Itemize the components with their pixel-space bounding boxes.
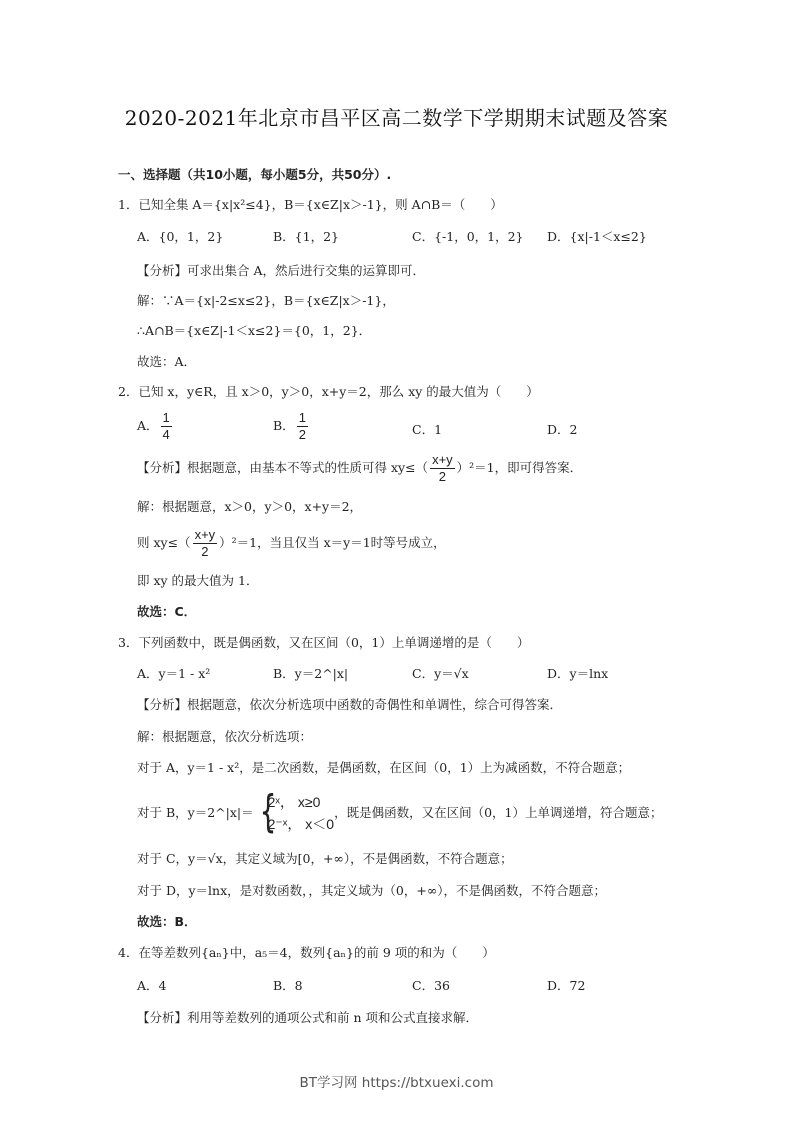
q1-answer: 故选：A． xyxy=(137,353,196,371)
fraction-one-quarter: 14 xyxy=(161,410,172,443)
question-4-stem: 4．在等差数列{aₙ}中，a₅＝4，数列{aₙ}的前 9 项的和为（ ） xyxy=(118,944,495,962)
q1-option-b: B．{1，2} xyxy=(273,228,339,246)
q2-option-c: C．1 xyxy=(412,421,442,439)
fraction-x-plus-y-over-2: x+y2 xyxy=(193,527,218,560)
q3-solution-d: 对于 D，y＝lnx，是对数函数，，其定义域为（0，+∞），不是偶函数，不符合题… xyxy=(137,882,606,900)
q1-analysis: 【分析】可求出集合 A，然后进行交集的运算即可． xyxy=(137,262,425,280)
q3-solution-intro: 解：根据题意，依次分析选项： xyxy=(137,728,312,746)
piecewise-function: { 2ˣ， x≥0 2⁻ˣ， x＜0 xyxy=(254,791,334,835)
q2-solution-line-1: 解：根据题意，x＞0，y＞0，x+y＝2， xyxy=(137,498,362,516)
q2-analysis: 【分析】根据题意，由基本不等式的性质可得 xy≤（x+y2）²＝1，即可得答案． xyxy=(137,452,582,485)
q3-solution-b: 对于 B，y＝2^|x|＝ { 2ˣ， x≥0 2⁻ˣ， x＜0 ，既是偶函数，… xyxy=(137,790,663,836)
q3-option-d: D．y＝lnx xyxy=(547,665,608,683)
q2-answer: 故选：C． xyxy=(137,603,196,621)
q2-solution-line-3: 即 xy 的最大值为 1． xyxy=(137,572,259,590)
q3-option-c: C．y＝√x xyxy=(412,665,469,683)
document-title: 2020-2021年北京市昌平区高二数学下学期期末试题及答案 xyxy=(0,102,793,131)
q2-solution-line-2: 则 xy≤（x+y2）²＝1，当且仅当 x＝y＝1时等号成立， xyxy=(137,527,446,560)
q3-answer: 故选：B． xyxy=(137,913,197,931)
question-3-stem: 3．下列函数中，既是偶函数，又在区间（0，1）上单调递增的是（ ） xyxy=(118,634,529,652)
q2-option-b: B．12 xyxy=(273,410,310,443)
q3-analysis: 【分析】根据题意，依次分析选项中函数的奇偶性和单调性，综合可得答案． xyxy=(137,696,562,714)
watermark-footer: BT学习网 https://btxuexi.com xyxy=(0,1071,793,1091)
fraction-one-half: 12 xyxy=(297,410,308,443)
q3-option-a: A．y＝1 - x² xyxy=(137,665,210,683)
left-brace-icon: { xyxy=(259,787,276,837)
question-1-stem: 1．已知全集 A＝{x|x²≤4}，B＝{x∈Z|x＞-1}，则 A∩B＝（ ） xyxy=(118,196,503,214)
q2-option-b-label: B． xyxy=(273,418,295,433)
q4-option-d: D．72 xyxy=(547,977,585,995)
q1-option-d: D．{x|-1＜x≤2} xyxy=(547,228,647,246)
q4-analysis: 【分析】利用等差数列的通项公式和前 n 项和公式直接求解． xyxy=(137,1009,478,1027)
q4-option-a: A．4 xyxy=(137,977,166,995)
fraction-x-plus-y-over-2: x+y2 xyxy=(430,452,455,485)
section-heading: 一、选择题（共10小题，每小题5分，共50分）. xyxy=(118,166,391,184)
q4-option-c: C．36 xyxy=(412,977,450,995)
q2-option-d: D．2 xyxy=(547,421,577,439)
q1-solution-line-2: ∴A∩B＝{x∈Z|-1＜x≤2}＝{0，1，2}． xyxy=(137,322,371,340)
q3-solution-a: 对于 A，y＝1 - x²，是二次函数，是偶函数，在区间（0，1）上为减函数，不… xyxy=(137,759,630,777)
q2-option-a-label: A． xyxy=(137,418,159,433)
q1-option-a: A．{0，1，2} xyxy=(137,228,223,246)
q1-solution-line-1: 解：∵A＝{x|-2≤x≤2}，B＝{x∈Z|x＞-1}， xyxy=(137,292,395,310)
q3-option-b: B．y＝2^|x| xyxy=(273,665,348,683)
q4-option-b: B．8 xyxy=(273,977,303,995)
q2-option-a: A．14 xyxy=(137,410,174,443)
question-2-stem: 2．已知 x，y∈R，且 x＞0，y＞0，x+y＝2，那么 xy 的最大值为（ … xyxy=(118,383,539,401)
q1-option-c: C．{-1，0，1，2} xyxy=(412,228,524,246)
q3-solution-c: 对于 C，y＝√x，其定义域为[0，+∞），不是偶函数，不符合题意； xyxy=(137,850,513,868)
